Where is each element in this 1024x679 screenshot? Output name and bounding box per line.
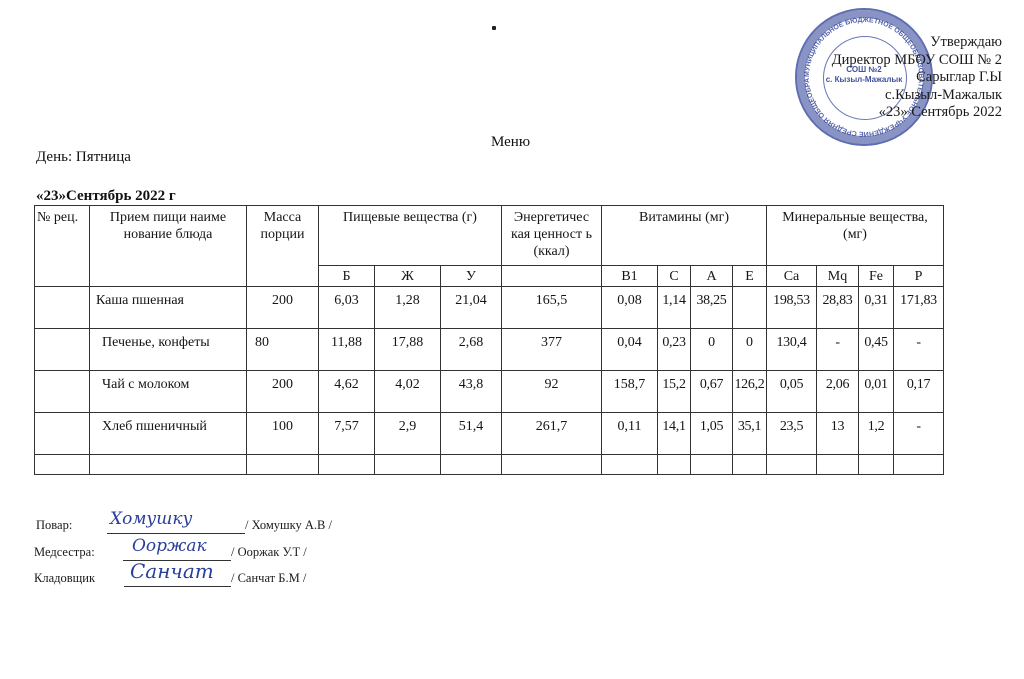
signature-name: / Ооржак У.Т /	[231, 545, 307, 560]
handwritten-signature: Ооржак	[132, 536, 207, 556]
signature-name: / Санчат Б.М /	[231, 571, 306, 586]
signature-name: / Хомушку А.В /	[245, 518, 332, 533]
handwritten-signature: Хомушку	[110, 509, 192, 529]
signature-role: Медсестра:	[34, 545, 95, 560]
signature-role: Кладовщик	[34, 571, 95, 586]
signature-line	[107, 533, 245, 534]
signature-block: Повар: Хомушку / Хомушку А.В / Медсестра…	[0, 0, 1024, 679]
handwritten-signature: Санчат	[130, 559, 214, 583]
signature-line	[124, 586, 231, 587]
signature-role: Повар:	[36, 518, 72, 533]
